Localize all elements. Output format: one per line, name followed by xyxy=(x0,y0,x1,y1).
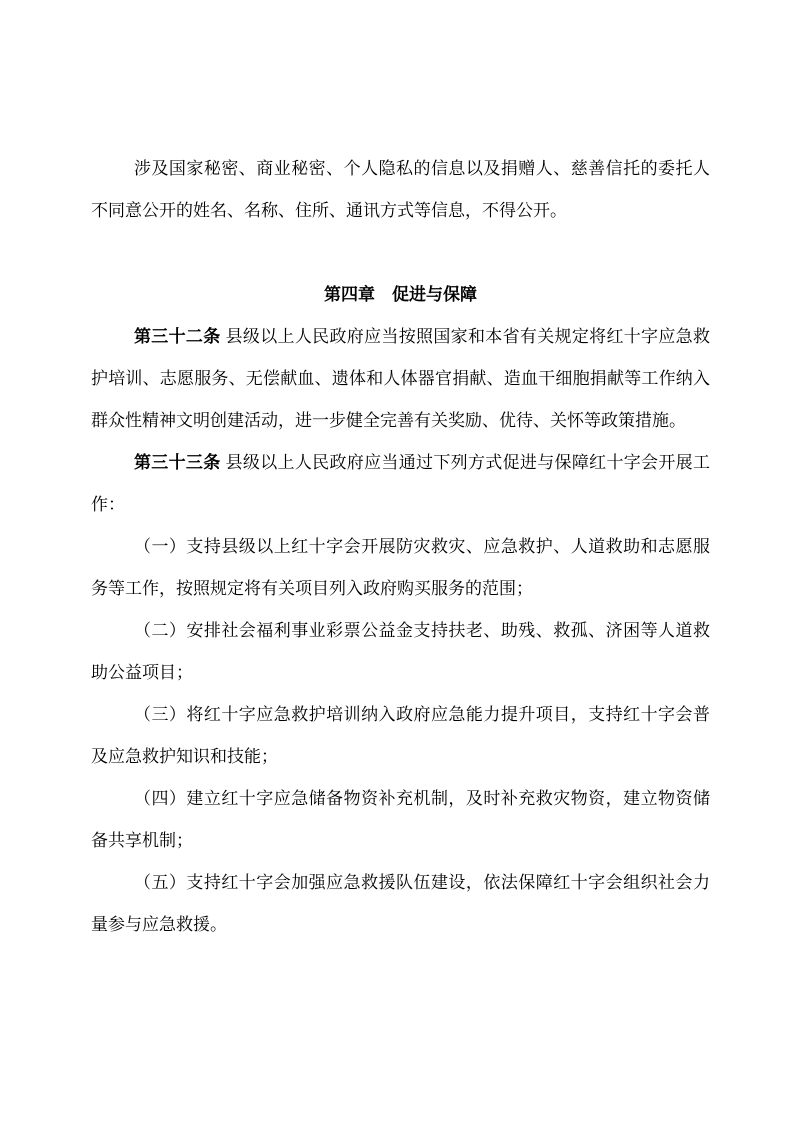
article-33-paragraph: 第三十三条 县级以上人民政府应当通过下列方式促进与保障红十字会开展工作： xyxy=(91,442,710,526)
list-item-5: （五）支持红十字会加强应急救援队伍建设，依法保障红十字会组织社会力量参与应急救援… xyxy=(91,862,710,946)
chapter-heading: 第四章 促进与保障 xyxy=(91,274,710,316)
article-32-paragraph: 第三十二条 县级以上人民政府应当按照国家和本省有关规定将红十字应急救护培训、志愿… xyxy=(91,316,710,442)
article-33-label: 第三十三条 xyxy=(134,453,221,472)
list-item-1: （一）支持县级以上红十字会开展防灾救灾、应急救护、人道救助和志愿服务等工作，按照… xyxy=(91,526,710,610)
document-content: 涉及国家秘密、商业秘密、个人隐私的信息以及捐赠人、慈善信托的委托人不同意公开的姓… xyxy=(91,148,710,946)
intro-paragraph: 涉及国家秘密、商业秘密、个人隐私的信息以及捐赠人、慈善信托的委托人不同意公开的姓… xyxy=(91,148,710,232)
article-32-label: 第三十二条 xyxy=(134,327,221,346)
list-item-4: （四）建立红十字应急储备物资补充机制，及时补充救灾物资，建立物资储备共享机制； xyxy=(91,778,710,862)
document-page: 涉及国家秘密、商业秘密、个人隐私的信息以及捐赠人、慈善信托的委托人不同意公开的姓… xyxy=(0,0,793,1122)
list-item-2: （二）安排社会福利事业彩票公益金支持扶老、助残、救孤、济困等人道救助公益项目； xyxy=(91,610,710,694)
list-item-3: （三）将红十字应急救护培训纳入政府应急能力提升项目，支持红十字会普及应急救护知识… xyxy=(91,694,710,778)
